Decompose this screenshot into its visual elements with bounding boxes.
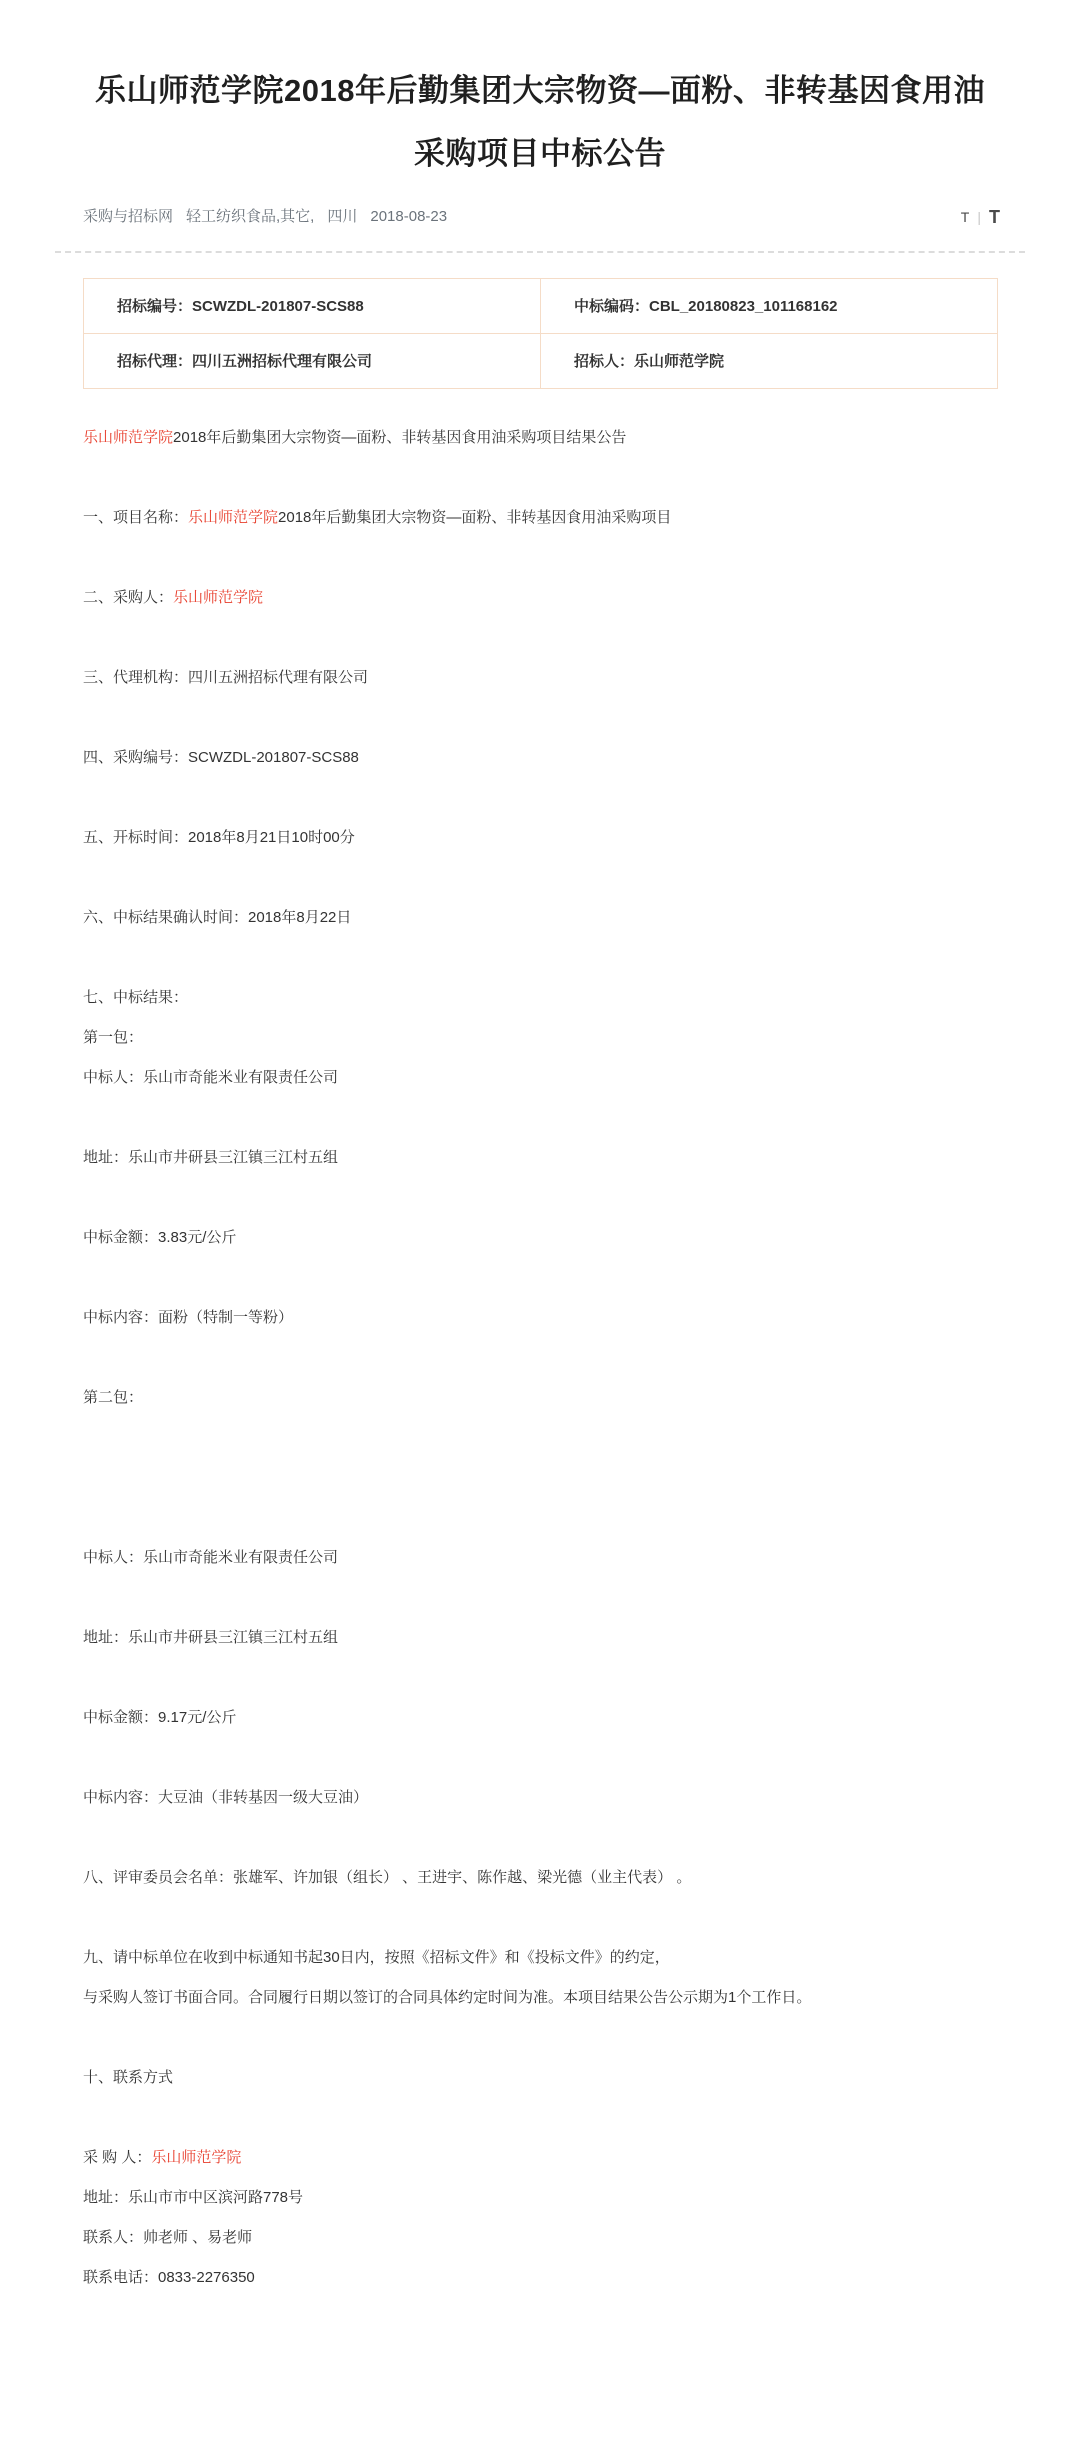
blank-line — [83, 1818, 1025, 1858]
blank-line — [83, 698, 1025, 738]
text-segment: 第二包： — [83, 1389, 143, 1406]
text-segment: 地址：乐山市井研县三江镇三江村五组 — [83, 1629, 338, 1646]
body-line: 采 购 人：乐山师范学院 — [83, 2138, 1025, 2178]
dashed-divider — [55, 251, 1025, 253]
text-segment: 联系电话：0833-2276350 — [83, 2269, 255, 2286]
body-line: 乐山师范学院2018年后勤集团大宗物资—面粉、非转基因食用油采购项目结果公告 — [83, 418, 1025, 458]
source-site-link[interactable]: 采购与招标网 — [83, 206, 173, 228]
field-value: SCWZDL-201807-SCS88 — [192, 298, 364, 315]
field-value: CBL_20180823_101168162 — [649, 298, 838, 315]
text-segment: 六、中标结果确认时间：2018年8月22日 — [83, 909, 351, 926]
blank-line — [83, 1578, 1025, 1618]
blank-line — [83, 1258, 1025, 1298]
field-label: 招标人： — [574, 353, 634, 370]
body-line: 五、开标时间：2018年8月21日10时00分 — [83, 818, 1025, 858]
blank-line — [83, 858, 1025, 898]
body-line: 联系人：帅老师 、易老师 — [83, 2218, 1025, 2258]
page-title-line2: 采购项目中标公告 — [414, 136, 666, 171]
blank-line — [83, 938, 1025, 978]
font-size-small-button[interactable]: T — [961, 206, 970, 228]
blank-line — [83, 1338, 1025, 1378]
blank-line — [83, 458, 1025, 498]
table-cell: 招标编号：SCWZDL-201807-SCS88 — [84, 278, 541, 333]
blank-line — [83, 1458, 1025, 1498]
text-segment: 与采购人签订书面合同。合同履行日期以签订的合同具体约定时间为准。本项目结果公告公… — [83, 1989, 811, 2006]
text-segment: 地址：乐山市井研县三江镇三江村五组 — [83, 1149, 338, 1166]
publish-date: 2018-08-23 — [370, 206, 447, 228]
text-segment: 中标人：乐山市奇能米业有限责任公司 — [83, 1069, 338, 1086]
blank-line — [83, 1658, 1025, 1698]
text-segment: 中标内容：大豆油（非转基因一级大豆油） — [83, 1789, 368, 1806]
text-segment: 八、评审委员会名单：张雄军、许加银（组长） 、王进宇、陈作越、梁光德（业主代表）… — [83, 1869, 691, 1886]
blank-line — [83, 1498, 1025, 1538]
body-line: 地址：乐山市井研县三江镇三江村五组 — [83, 1138, 1025, 1178]
text-segment: 2018年后勤集团大宗物资—面粉、非转基因食用油采购项目 — [278, 509, 671, 526]
body-line: 四、采购编号：SCWZDL-201807-SCS88 — [83, 738, 1025, 778]
body-line: 中标内容：面粉（特制一等粉） — [83, 1298, 1025, 1338]
blank-line — [83, 2098, 1025, 2138]
font-size-large-button[interactable]: T — [989, 206, 1000, 228]
text-segment: 七、中标结果： — [83, 989, 188, 1006]
table-cell: 中标编码：CBL_20180823_101168162 — [541, 278, 998, 333]
body-line: 一、项目名称：乐山师范学院2018年后勤集团大宗物资—面粉、非转基因食用油采购项… — [83, 498, 1025, 538]
body-line: 地址：乐山市市中区滨河路778号 — [83, 2178, 1025, 2218]
text-segment: 四、采购编号：SCWZDL-201807-SCS88 — [83, 749, 359, 766]
body-line: 中标人：乐山市奇能米业有限责任公司 — [83, 1538, 1025, 1578]
body-line: 联系电话：0833-2276350 — [83, 2258, 1025, 2298]
text-segment: 采 购 人： — [83, 2149, 151, 2166]
body-line: 三、代理机构：四川五洲招标代理有限公司 — [83, 658, 1025, 698]
blank-line — [83, 2018, 1025, 2058]
body-line: 九、请中标单位在收到中标通知书起30日内，按照《招标文件》和《投标文件》的约定， — [83, 1938, 1025, 1978]
body-line: 六、中标结果确认时间：2018年8月22日 — [83, 898, 1025, 938]
entity-link[interactable]: 乐山师范学院 — [83, 429, 173, 446]
text-segment: 地址：乐山市市中区滨河路778号 — [83, 2189, 303, 2206]
entity-link[interactable]: 乐山师范学院 — [173, 589, 263, 606]
text-segment: 十、联系方式 — [83, 2069, 173, 2086]
text-segment: 一、项目名称： — [83, 509, 188, 526]
blank-line — [83, 618, 1025, 658]
table-cell: 招标人：乐山师范学院 — [541, 333, 998, 388]
blank-line — [83, 778, 1025, 818]
font-size-toggles: T | T — [961, 206, 1025, 228]
entity-link[interactable]: 乐山师范学院 — [151, 2149, 241, 2166]
body-line: 中标金额：9.17元/公斤 — [83, 1698, 1025, 1738]
body-line: 地址：乐山市井研县三江镇三江村五组 — [83, 1618, 1025, 1658]
field-value: 乐山师范学院 — [634, 353, 724, 370]
text-segment: 三、代理机构：四川五洲招标代理有限公司 — [83, 669, 368, 686]
text-segment: 中标人：乐山市奇能米业有限责任公司 — [83, 1549, 338, 1566]
field-value: 四川五洲招标代理有限公司 — [192, 353, 372, 370]
body-line: 十、联系方式 — [83, 2058, 1025, 2098]
text-segment: 联系人：帅老师 、易老师 — [83, 2229, 252, 2246]
field-label: 中标编码： — [574, 298, 649, 315]
page-title: 乐山师范学院2018年后勤集团大宗物资—面粉、非转基因食用油 采购项目中标公告 — [55, 21, 1025, 185]
body-line: 二、采购人：乐山师范学院 — [83, 578, 1025, 618]
meta-row: 采购与招标网 轻工纺织食品,其它, 四川 2018-08-23 T | T — [55, 206, 1025, 228]
body-line: 第二包： — [83, 1378, 1025, 1418]
table-cell: 招标代理：四川五洲招标代理有限公司 — [84, 333, 541, 388]
page-title-line1: 乐山师范学院2018年后勤集团大宗物资—面粉、非转基因食用油 — [95, 73, 985, 108]
font-toggle-separator: | — [977, 206, 981, 228]
blank-line — [83, 1738, 1025, 1778]
announcement-body: 乐山师范学院2018年后勤集团大宗物资—面粉、非转基因食用油采购项目结果公告一、… — [83, 389, 1025, 2442]
table-row: 招标编号：SCWZDL-201807-SCS88中标编码：CBL_2018082… — [84, 278, 998, 333]
info-table-body: 招标编号：SCWZDL-201807-SCS88中标编码：CBL_2018082… — [84, 278, 998, 388]
body-line: 中标内容：大豆油（非转基因一级大豆油） — [83, 1778, 1025, 1818]
field-label: 招标编号： — [117, 298, 192, 315]
text-segment: 中标金额：9.17元/公斤 — [83, 1709, 236, 1726]
body-line: 与采购人签订书面合同。合同履行日期以签订的合同具体约定时间为准。本项目结果公告公… — [83, 1978, 1025, 2018]
text-segment: 九、请中标单位在收到中标通知书起30日内，按照《招标文件》和《投标文件》的约定， — [83, 1949, 670, 1966]
text-segment: 五、开标时间：2018年8月21日10时00分 — [83, 829, 355, 846]
region-label: 四川 — [327, 206, 357, 228]
category-label: 轻工纺织食品,其它, — [186, 206, 314, 228]
text-segment: 2018年后勤集团大宗物资—面粉、非转基因食用油采购项目结果公告 — [173, 429, 626, 446]
blank-line — [83, 1418, 1025, 1458]
text-segment: 中标金额：3.83元/公斤 — [83, 1229, 236, 1246]
body-line: 七、中标结果： — [83, 978, 1025, 1018]
field-label: 招标代理： — [117, 353, 192, 370]
text-segment: 中标内容：面粉（特制一等粉） — [83, 1309, 293, 1326]
announcement-page: 乐山师范学院2018年后勤集团大宗物资—面粉、非转基因食用油 采购项目中标公告 … — [55, 21, 1025, 2442]
entity-link[interactable]: 乐山师范学院 — [188, 509, 278, 526]
body-line: 第一包： — [83, 1018, 1025, 1058]
info-table: 招标编号：SCWZDL-201807-SCS88中标编码：CBL_2018082… — [83, 278, 998, 389]
text-segment: 第一包： — [83, 1029, 143, 1046]
blank-line — [83, 1898, 1025, 1938]
blank-line — [83, 1098, 1025, 1138]
body-line: 八、评审委员会名单：张雄军、许加银（组长） 、王进宇、陈作越、梁光德（业主代表）… — [83, 1858, 1025, 1898]
blank-line — [83, 538, 1025, 578]
body-line: 中标金额：3.83元/公斤 — [83, 1218, 1025, 1258]
text-segment: 二、采购人： — [83, 589, 173, 606]
table-row: 招标代理：四川五洲招标代理有限公司招标人：乐山师范学院 — [84, 333, 998, 388]
body-line: 中标人：乐山市奇能米业有限责任公司 — [83, 1058, 1025, 1098]
blank-line — [83, 1178, 1025, 1218]
